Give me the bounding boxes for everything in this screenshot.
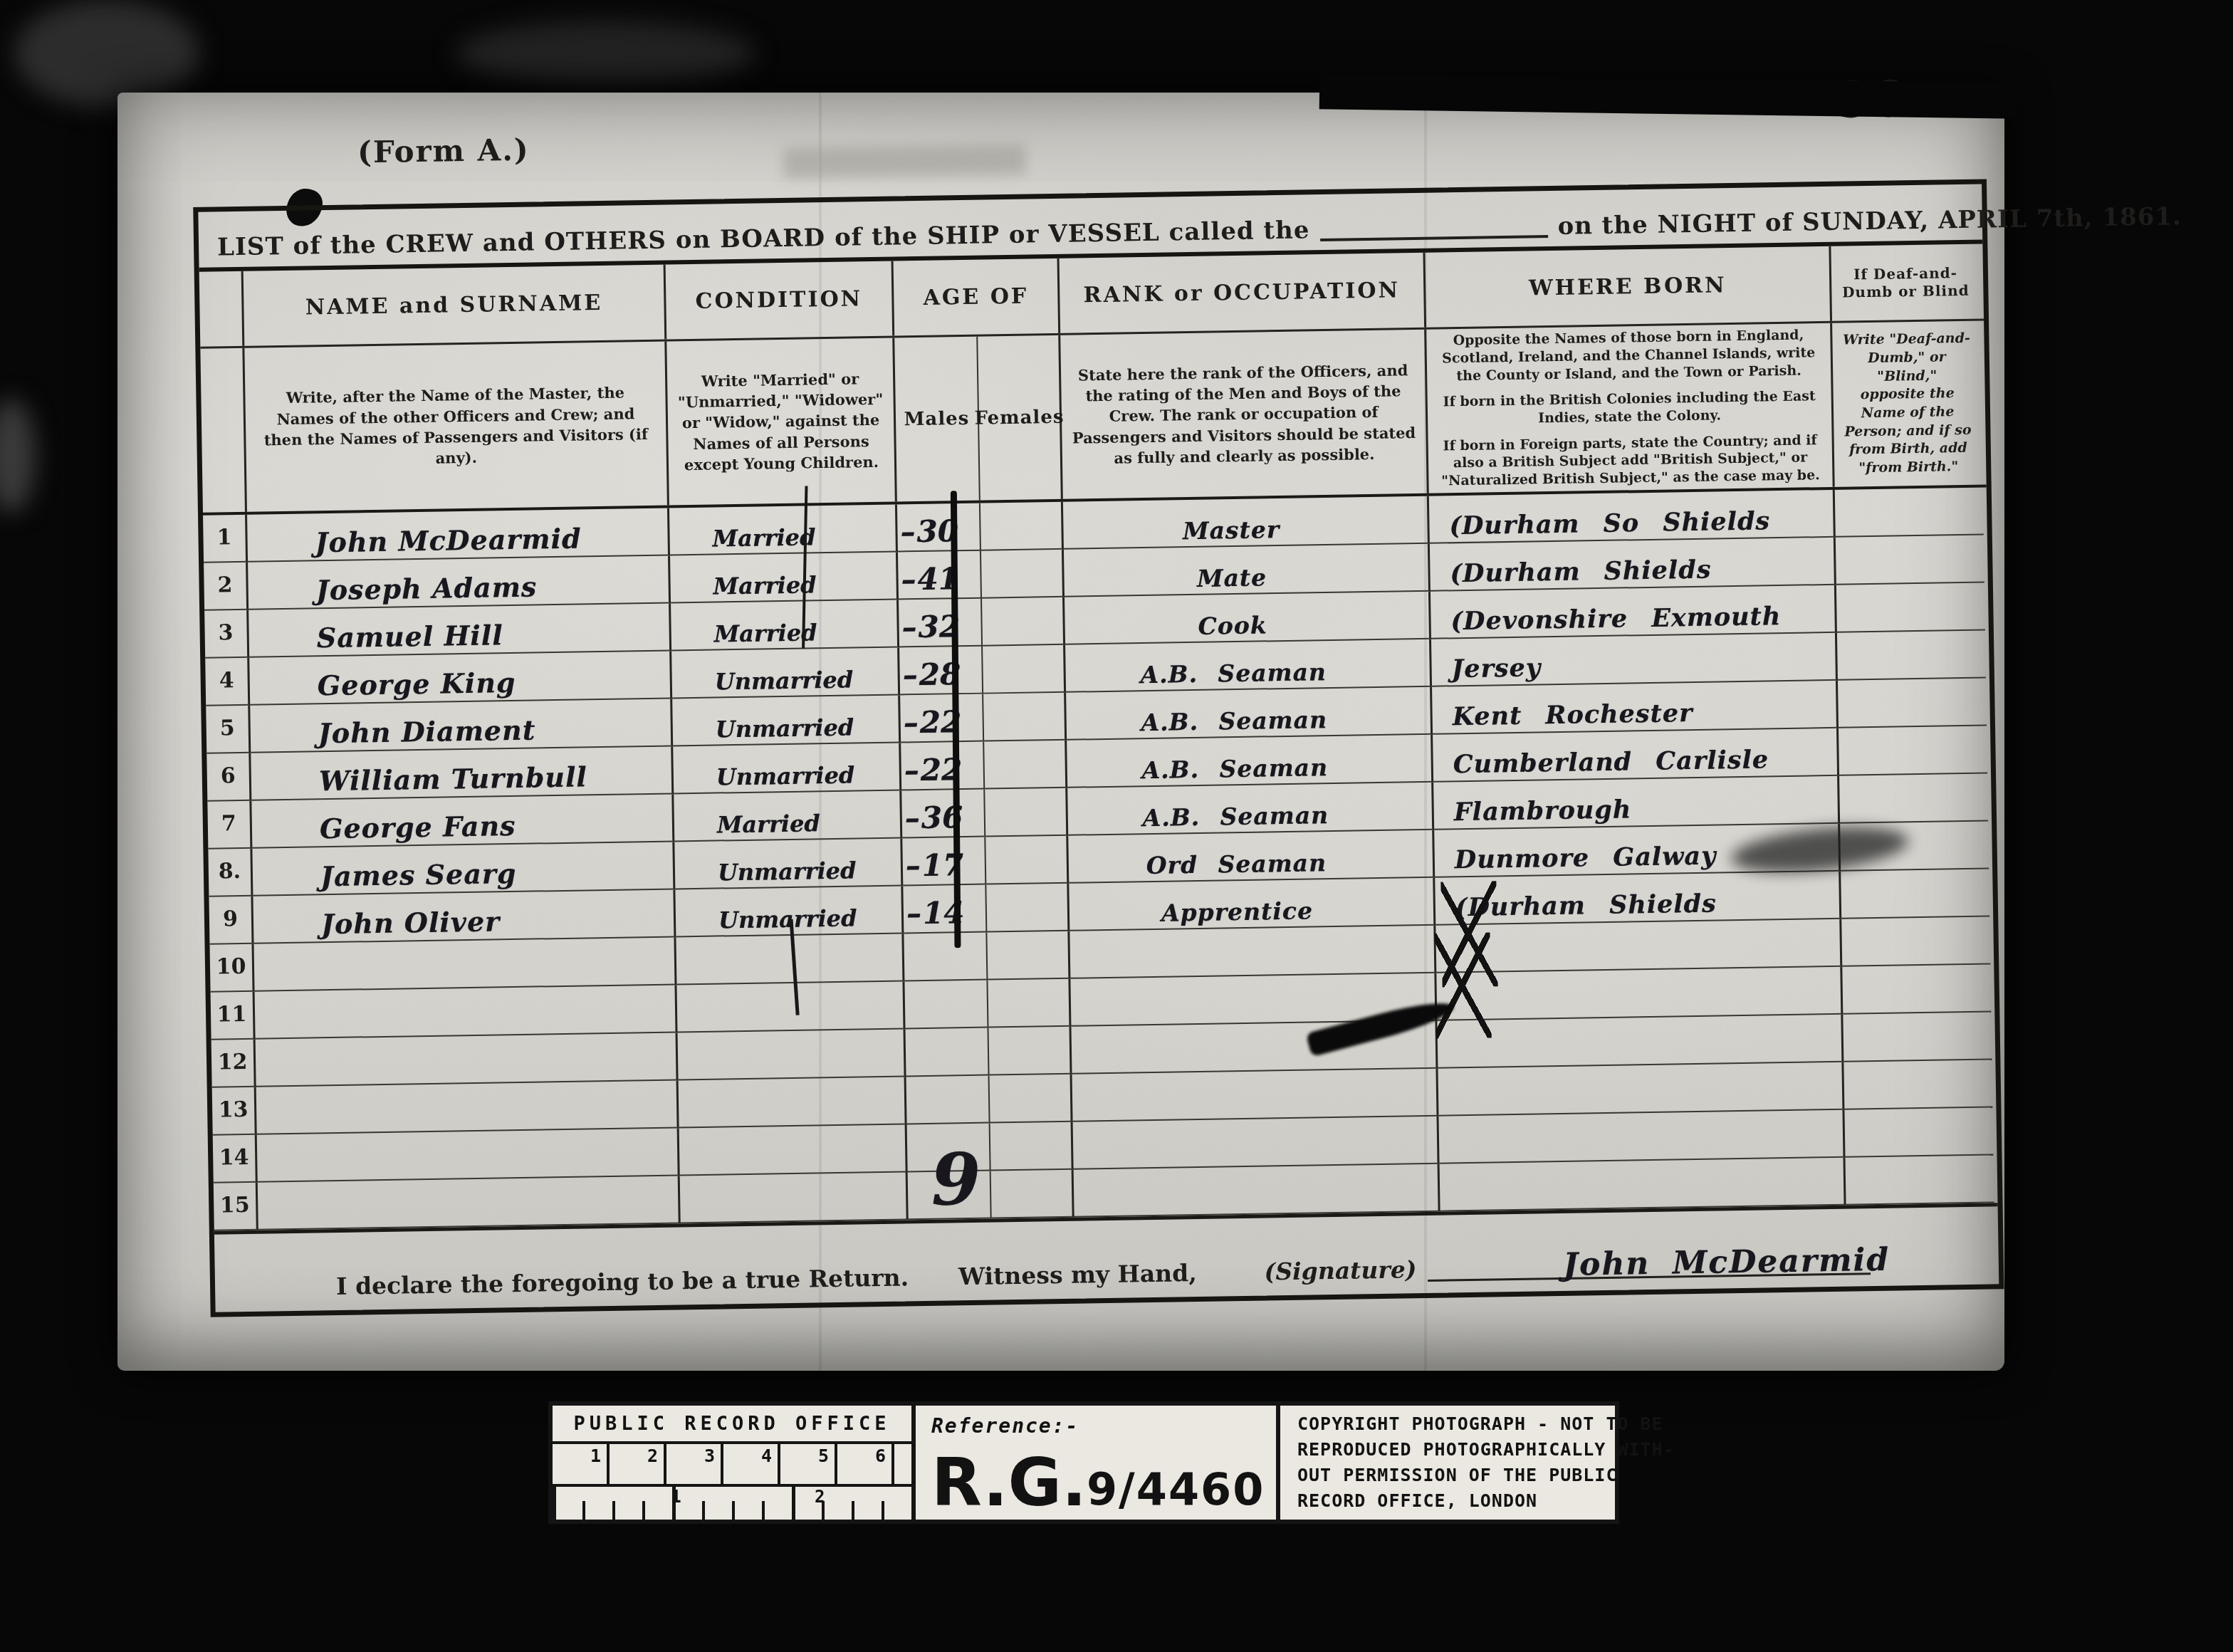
row-deaf-blind [1841, 916, 1990, 966]
row-condition [680, 1172, 909, 1223]
row-age-female [983, 645, 1066, 694]
row-age-male [905, 1028, 989, 1077]
reference-number: 9/4460 [1087, 1470, 1265, 1510]
row-number: 9 [209, 896, 253, 945]
reference-label: Reference:- [931, 1414, 1260, 1438]
row-number: 5 [206, 706, 251, 754]
row-rank: A.B. Seaman [1065, 639, 1432, 693]
males-subheader: Males [894, 337, 980, 502]
row-deaf-blind [1837, 631, 1986, 681]
row-age-female [981, 550, 1065, 599]
row-number: 3 [204, 610, 249, 659]
row-where-born: (Durham Shields [1430, 538, 1836, 592]
row-deaf-blind [1845, 1155, 1994, 1205]
row-where-born: (Durham Shields [1435, 872, 1841, 926]
row-rank: Ord Seaman [1068, 830, 1435, 884]
row-name: George King [249, 651, 672, 705]
pro-stamp-strip: PUBLIC RECORD OFFICE 1 2 3 4 5 6 1 2 Ref… [548, 1401, 1619, 1524]
row-where-born [1438, 1062, 1844, 1117]
row-deaf-blind [1844, 1060, 1992, 1109]
pro-ruler-title: PUBLIC RECORD OFFICE [553, 1406, 911, 1444]
row-condition: Unmarried [671, 647, 900, 699]
row-where-born [1437, 1015, 1844, 1069]
pencil-smudge [783, 145, 1026, 178]
row-age-female [988, 979, 1071, 1028]
row-name [258, 1176, 681, 1230]
row-where-born [1435, 919, 1842, 973]
row-where-born: Cumberland Carlisle [1433, 728, 1839, 783]
row-number: 7 [207, 801, 252, 849]
row-age-female [985, 788, 1068, 837]
row-deaf-blind [1839, 773, 1988, 823]
where-born-instruction: Opposite the Names of those born in Engl… [1426, 323, 1835, 493]
witness-text: Witness my Hand, [958, 1259, 1197, 1290]
where-born-column-header: WHERE BORN [1425, 246, 1832, 328]
row-age-male [904, 981, 988, 1030]
row-age-female [986, 884, 1070, 933]
row-deaf-blind [1836, 535, 1984, 585]
condition-column-header: CONDITION [666, 261, 895, 340]
row-age-male: 14 [903, 885, 987, 934]
row-condition: Unmarried [673, 743, 901, 794]
row-where-born: Kent Rochester [1432, 681, 1839, 735]
row-deaf-blind [1838, 679, 1987, 728]
row-condition: Married [669, 504, 898, 555]
row-condition: Married [674, 790, 902, 842]
rank-instruction: State here the rank of the Officers, and… [1060, 330, 1429, 499]
row-deaf-blind [1842, 964, 1991, 1014]
row-age-male [907, 1124, 991, 1173]
column-instructions: Write, after the Name of the Master, the… [200, 320, 1986, 515]
row-where-born [1436, 967, 1843, 1021]
row-age-male: 30 [897, 503, 981, 553]
pro-ruler: PUBLIC RECORD OFFICE 1 2 3 4 5 6 1 2 [548, 1401, 916, 1524]
row-number: 6 [206, 753, 251, 802]
crew-list-table: LIST of the CREW and OTHERS on BOARD of … [193, 179, 2004, 1317]
row-rank: Mate [1064, 544, 1431, 597]
row-number: 14 [213, 1135, 258, 1183]
row-number: 8. [208, 849, 253, 897]
signature-line: John McDearmid [1428, 1231, 1871, 1282]
row-age-male: 17 [902, 837, 986, 887]
row-age-male [906, 1076, 990, 1125]
row-age-female [980, 502, 1064, 551]
ship-name-blank-line [1319, 206, 1548, 241]
row-age-female [988, 1027, 1072, 1076]
row-name: James Searg [252, 842, 675, 896]
row-condition [676, 934, 904, 985]
row-condition [678, 1029, 906, 1080]
deaf-blind-column-header: If Deaf-and-Dumb or Blind [1831, 244, 1980, 321]
photo-shadow-blob [456, 21, 755, 85]
row-condition: Unmarried [675, 886, 904, 937]
row-condition [679, 1077, 907, 1128]
table-title-date: on the NIGHT of SUNDAY, APRIL 7th, 1861. [1557, 202, 2182, 241]
row-age-male [904, 933, 988, 982]
row-where-born: Jersey [1431, 633, 1838, 687]
name-column-header: NAME and SURNAME [244, 265, 667, 346]
name-instruction: Write, after the Name of the Master, the… [244, 342, 669, 512]
row-number: 11 [211, 992, 256, 1040]
row-age-female [987, 931, 1070, 981]
row-where-born [1440, 1158, 1846, 1212]
row-rank: A.B. Seaman [1066, 687, 1433, 741]
row-deaf-blind [1835, 488, 1984, 538]
deaf-blind-instruction: Write "Deaf-and-Dumb," or "Blind," oppos… [1832, 321, 1983, 487]
reference-series: R.G. [931, 1457, 1087, 1510]
row-age-male: 41 [898, 551, 982, 600]
row-age-female [990, 1122, 1074, 1171]
row-name [254, 937, 677, 991]
row-deaf-blind [1839, 726, 1987, 776]
row-rank: Master [1063, 496, 1430, 550]
row-age-female [985, 836, 1069, 885]
row-number: 1 [203, 515, 248, 563]
row-rank: Cook [1065, 592, 1431, 645]
row-rank [1071, 1021, 1438, 1075]
row-name: John Oliver [253, 889, 676, 943]
master-signature: John McDearmid [1563, 1242, 1891, 1283]
pro-ruler-cm-scale: 1 2 3 4 5 6 [553, 1444, 911, 1487]
document-paper: (Form A.) 99 LIST of the CREW and OTHERS… [117, 93, 2004, 1371]
row-name: George Fans [251, 794, 674, 848]
row-where-born: (Durham So Shields [1429, 490, 1836, 544]
row-name: Joseph Adams [248, 556, 671, 610]
row-where-born: Flambrough [1433, 776, 1840, 830]
row-age-male: 22 [901, 742, 985, 791]
row-age-female [982, 597, 1065, 647]
table-body: 1 John McDearmid Married 30 Master (Durh… [203, 487, 1997, 1230]
row-number-instruction [200, 348, 247, 513]
row-age-male: 32 [899, 599, 983, 648]
row-age-female [983, 693, 1067, 742]
declaration-text: I declare the foregoing to be a true Ret… [336, 1263, 909, 1300]
condition-instruction: Write "Married" or "Unmarried," "Widower… [666, 338, 897, 506]
row-number: 15 [214, 1183, 258, 1231]
table-title: LIST of the CREW and OTHERS on BOARD of … [217, 216, 1310, 261]
row-rank [1074, 1164, 1440, 1218]
form-label: (Form A.) [357, 132, 530, 170]
row-number: 12 [211, 1040, 256, 1088]
row-number: 13 [212, 1087, 257, 1136]
photo-shadow-blob [14, 0, 199, 107]
row-deaf-blind [1843, 1012, 1992, 1062]
signature-label: (Signature) [1264, 1255, 1416, 1285]
photo-shadow-blob [0, 399, 36, 513]
row-rank: Apprentice [1069, 878, 1435, 931]
row-where-born: (Devonshire Exmouth [1431, 585, 1837, 639]
rank-column-header: RANK or OCCUPATION [1060, 253, 1427, 333]
row-age-female [984, 741, 1067, 790]
row-number-column-header [199, 271, 245, 347]
row-condition: Married [670, 552, 899, 603]
row-age-male: 22 [900, 694, 984, 743]
row-name [256, 1032, 679, 1087]
pro-ruler-inch-scale: 1 2 [553, 1487, 911, 1520]
row-name [257, 1128, 680, 1182]
row-deaf-blind [1836, 583, 1985, 633]
row-where-born [1439, 1110, 1846, 1164]
row-condition: Unmarried [672, 695, 901, 746]
row-age-female [991, 1170, 1074, 1219]
reference-stamp: Reference:- R.G. 9/4460 [911, 1401, 1280, 1524]
row-rank [1070, 973, 1437, 1027]
row-rank [1073, 1117, 1440, 1170]
row-number: 4 [205, 658, 250, 706]
row-name [255, 985, 678, 1039]
row-name: John McDearmid [247, 508, 670, 563]
row-name: Samuel Hill [249, 604, 671, 658]
copyright-stamp: COPYRIGHT PHOTOGRAPH - NOT TO BE REPRODU… [1276, 1401, 1619, 1524]
row-deaf-blind [1841, 869, 1989, 919]
row-age-male [908, 1171, 992, 1220]
row-condition [676, 981, 905, 1032]
row-number: 10 [210, 944, 255, 993]
age-column-header: AGE OF [894, 258, 1061, 336]
row-rank [1072, 1069, 1439, 1122]
row-condition: Unmarried [674, 838, 903, 889]
row-deaf-blind [1840, 821, 1989, 871]
row-rank [1070, 926, 1436, 979]
row-name: John Diament [250, 699, 673, 753]
photograph: (Form A.) 99 LIST of the CREW and OTHERS… [0, 0, 2233, 1652]
row-name [256, 1080, 679, 1134]
row-age-male: 28 [899, 647, 983, 696]
row-age-male: 36 [901, 790, 985, 839]
row-age-female [990, 1075, 1073, 1124]
row-condition: Married [671, 600, 899, 651]
row-where-born: Dunmore Galway [1434, 824, 1841, 878]
row-rank: A.B. Seaman [1067, 735, 1433, 788]
row-deaf-blind [1844, 1107, 1993, 1157]
row-number: 2 [204, 563, 249, 611]
row-rank: A.B. Seaman [1067, 783, 1434, 836]
row-condition [679, 1124, 908, 1176]
females-subheader: Females [978, 335, 1063, 501]
row-name: William Turnbull [251, 746, 674, 800]
